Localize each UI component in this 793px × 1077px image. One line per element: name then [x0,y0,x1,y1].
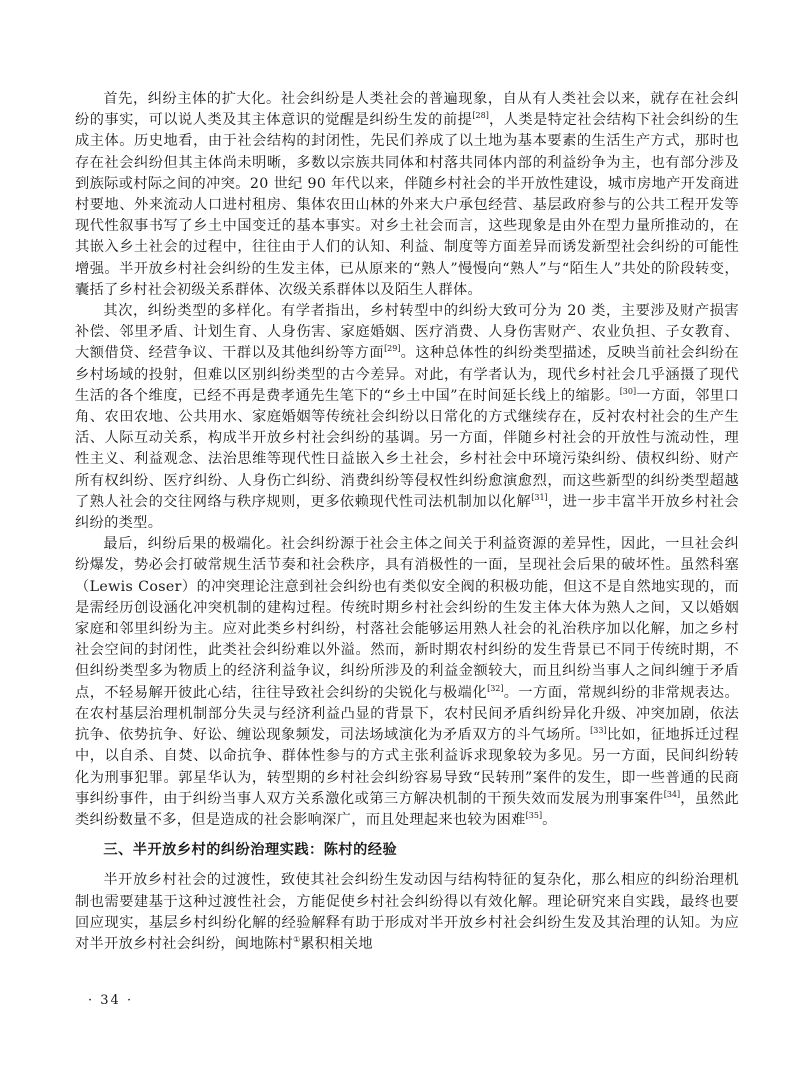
text: ，人类是特定社会结构下社会纠纷的生成主体。历史地看，由于社会结构的封闭性，先民们… [75,112,739,298]
paragraph-3: 最后，纠纷后果的极端化。社会纠纷源于社会主体之间关于利益资源的差异性，因此，一旦… [75,534,739,831]
citation-31[interactable]: [31] [531,493,547,502]
citation-29[interactable]: [29] [384,344,400,353]
citation-30[interactable]: [30] [620,387,636,396]
citation-35[interactable]: [35] [526,811,542,820]
text: 最后，纠纷后果的极端化。社会纠纷源于社会主体之间关于利益资源的差异性，因此，一旦… [75,536,739,700]
page-number: · 34 · [88,993,133,1008]
text: 。 [542,812,557,828]
paragraph-4: 半开放乡村社会的过渡性，致使其社会纠纷生发动因与结构特征的复杂化，那么相应的纠纷… [75,870,739,955]
citation-28[interactable]: [28] [472,111,488,120]
citation-34[interactable]: [34] [664,790,680,799]
paragraph-2: 其次，纠纷类型的多样化。有学者指出，乡村转型中的纠纷大致可分为 20 类，主要涉… [75,301,739,534]
paper-page: 首先，纠纷主体的扩大化。社会纠纷是人类社会的普遍现象，自从有人类社会以来，就存在… [75,89,739,955]
text: 一方面，邻里口角、农田农地、公共用水、家庭婚姻等传统社会纠纷以日常化的方式继续存… [75,388,739,510]
citation-33[interactable]: [33] [590,726,606,735]
text: 累积相关地 [300,936,373,952]
text: 半开放乡村社会的过渡性，致使其社会纠纷生发动因与结构特征的复杂化，那么相应的纠纷… [75,872,739,952]
citation-32[interactable]: [32] [487,684,503,693]
paragraph-1: 首先，纠纷主体的扩大化。社会纠纷是人类社会的普遍现象，自从有人类社会以来，就存在… [75,89,739,301]
section-heading: 三、半开放乡村的纠纷治理实践：陈村的经验 [75,840,739,861]
